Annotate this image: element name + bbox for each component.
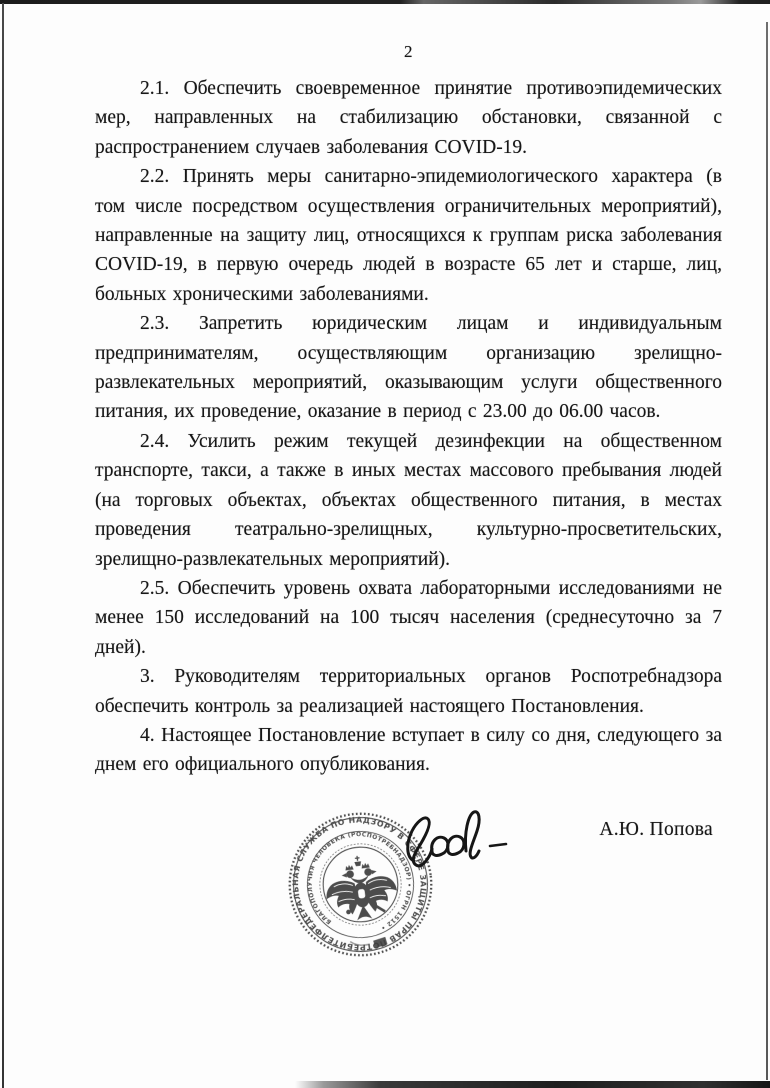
scan-edge-right bbox=[766, 22, 768, 1080]
paragraph-2-4: 2.4. Усилить режим текущей дезинфекции н… bbox=[95, 427, 722, 574]
double-headed-eagle-icon bbox=[322, 852, 400, 924]
paragraph-2-1: 2.1. Обеспечить своевременное принятие п… bbox=[95, 74, 722, 162]
scan-edge-top bbox=[0, 0, 770, 4]
paragraph-2-5: 2.5. Обеспечить уровень охвата лаборатор… bbox=[95, 574, 722, 662]
signatory-name: А.Ю. Попова bbox=[599, 819, 713, 841]
document-page: 2 2.1. Обеспечить своевременное принятие… bbox=[0, 0, 770, 1088]
paragraph-2-2: 2.2. Принять меры санитарно-эпидемиологи… bbox=[95, 162, 722, 309]
paragraph-4: 4. Настоящее Постановление вступает в си… bbox=[95, 721, 722, 780]
page-number: 2 bbox=[95, 42, 722, 62]
paragraph-2-3: 2.3. Запретить юридическим лицам и индив… bbox=[95, 309, 722, 427]
paragraph-3: 3. Руководителям территориальных органов… bbox=[95, 662, 722, 721]
scan-edge-left bbox=[2, 3, 4, 1088]
body-text: 2.1. Обеспечить своевременное принятие п… bbox=[95, 74, 722, 780]
handwritten-signature bbox=[398, 799, 518, 885]
scan-edge-bottom bbox=[295, 1081, 770, 1088]
